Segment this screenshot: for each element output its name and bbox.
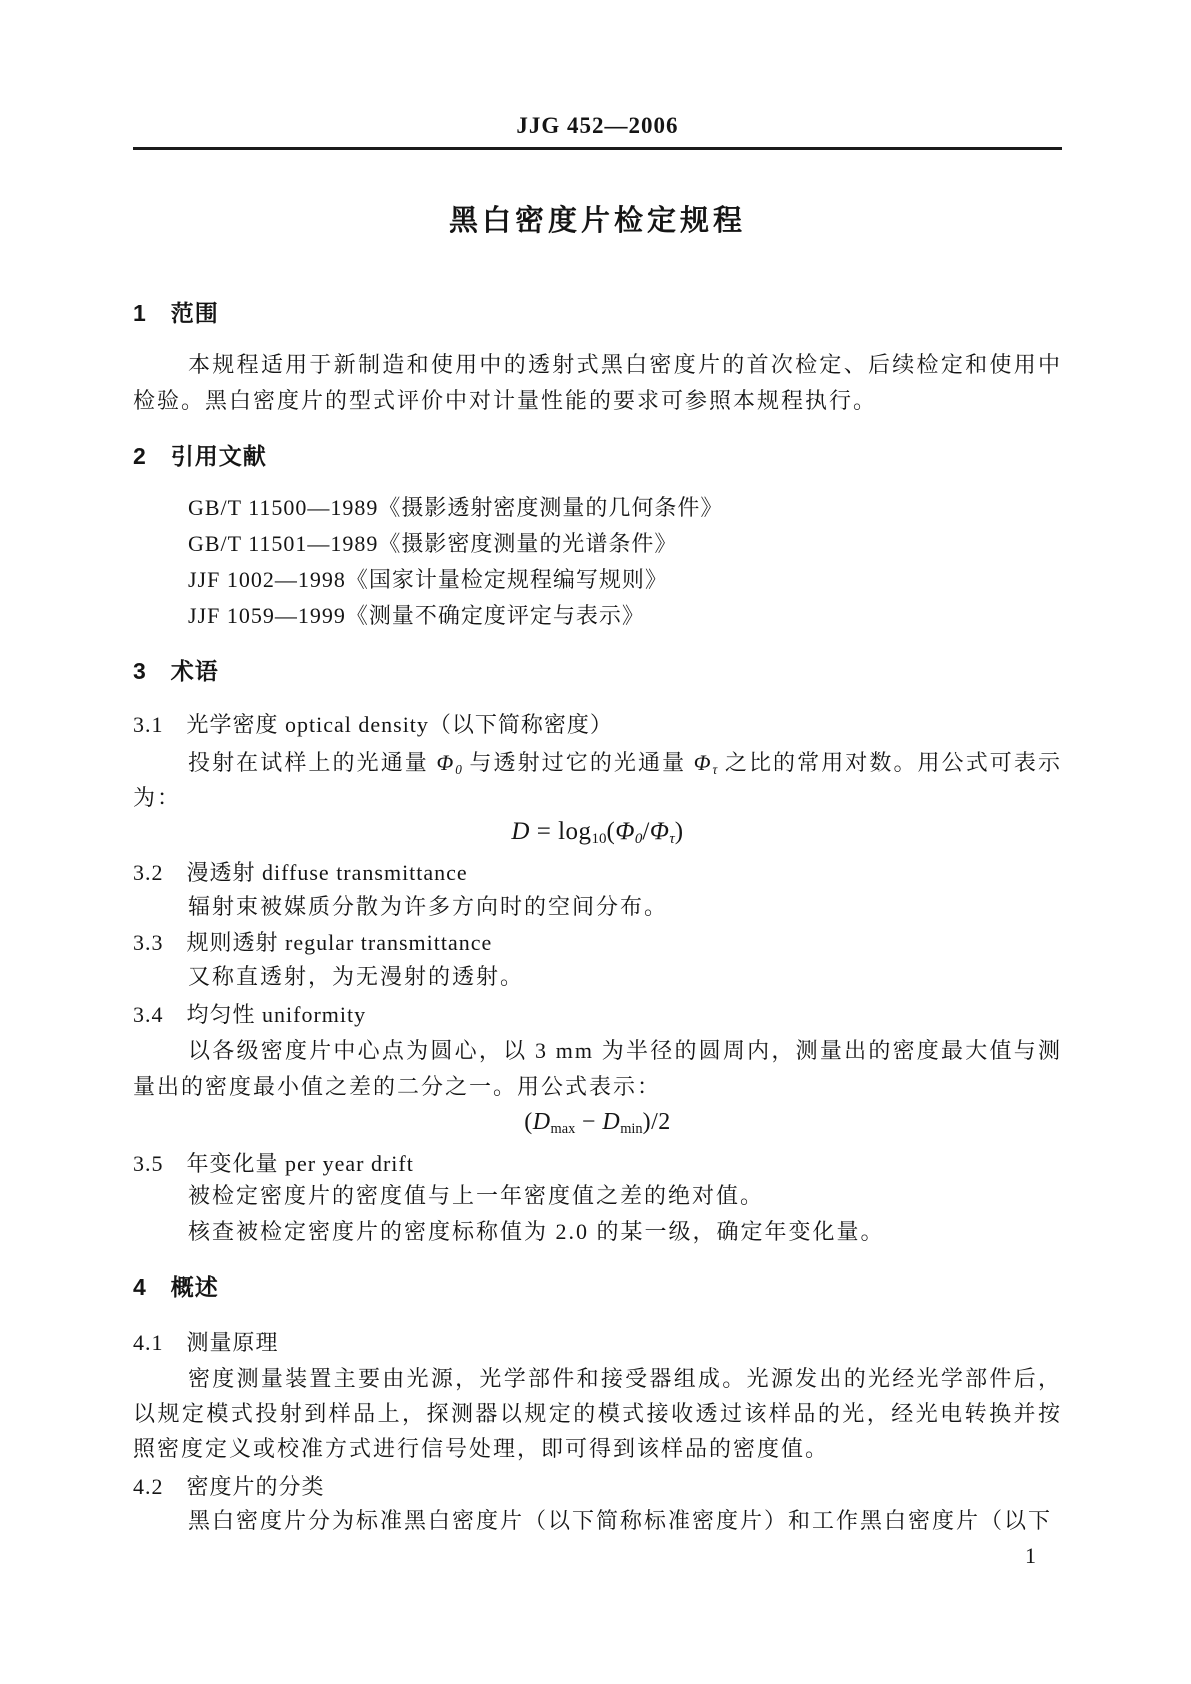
page-content: JJG 452—2006 黑白密度片检定规程 1 范围 本规程适用于新制造和使用… [133,0,1062,1684]
document-title: 黑白密度片检定规程 [133,201,1062,241]
section-1-paragraph: 本规程适用于新制造和使用中的透射式黑白密度片的首次检定、后续检定和使用中检验。黑… [133,347,1062,419]
phi-0-symbol: Φ0 [436,750,461,775]
section-1-heading: 1 范围 [133,297,1062,329]
phi-0-symbol: Φ0 [615,818,642,845]
reference-list: GB/T 11500—1989《摄影透射密度测量的几何条件》 GB/T 1150… [133,490,1062,634]
term-3-5-note: 核查被检定密度片的密度标称值为 2.0 的某一级，确定年变化量。 [133,1214,1062,1249]
reference-item: JJF 1002—1998《国家计量检定规程编写规则》 [133,562,1062,598]
term-3-2-heading: 3.2 漫透射 diffuse transmittance [133,857,1062,889]
page-number: 1 [133,1541,1062,1571]
section-4-heading: 4 概述 [133,1271,1062,1303]
uniformity-formula: (Dmax − Dmin)/2 [133,1104,1062,1140]
term-3-5-heading: 3.5 年变化量 per year drift [133,1148,1062,1180]
optical-density-formula: D = log10(Φ0/Φτ) [133,812,1062,852]
clause-4-2-heading: 4.2 密度片的分类 [133,1471,1062,1503]
term-3-1-definition: 投射在试样上的光通量 Φ0 与透射过它的光通量 Φτ 之比的常用对数。用公式可表… [133,745,1062,815]
term-3-3-definition: 又称直透射，为无漫射的透射。 [133,959,1062,994]
phi-tau-symbol: Φτ [694,750,717,775]
term-3-3-heading: 3.3 规则透射 regular transmittance [133,927,1062,959]
clause-4-2-paragraph: 黑白密度片分为标准黑白密度片（以下简称标准密度片）和工作黑白密度片（以下 [133,1503,1062,1538]
reference-item: GB/T 11501—1989《摄影密度测量的光谱条件》 [133,526,1062,562]
header-rule [133,147,1062,150]
reference-item: JJF 1059—1999《测量不确定度评定与表示》 [133,598,1062,634]
reference-item: GB/T 11500—1989《摄影透射密度测量的几何条件》 [133,490,1062,526]
clause-4-1-paragraph: 密度测量装置主要由光源，光学部件和接受器组成。光源发出的光经光学部件后，以规定模… [133,1361,1062,1466]
document-page: JJG 452—2006 黑白密度片检定规程 1 范围 本规程适用于新制造和使用… [0,0,1191,1684]
term-3-2-definition: 辐射束被媒质分散为许多方向时的空间分布。 [133,889,1062,924]
clause-4-1-heading: 4.1 测量原理 [133,1327,1062,1359]
phi-tau-symbol: Φτ [650,818,675,845]
section-3-heading: 3 术语 [133,655,1062,687]
definition-text: 与透射过它的光通量 [462,750,694,775]
term-3-5-definition: 被检定密度片的密度值与上一年密度值之差的绝对值。 [133,1178,1062,1213]
section-2-heading: 2 引用文献 [133,440,1062,472]
term-3-4-definition: 以各级密度片中心点为圆心，以 3 mm 为半径的圆周内，测量出的密度最大值与测量… [133,1033,1062,1105]
term-3-4-heading: 3.4 均匀性 uniformity [133,999,1062,1031]
standard-code: JJG 452—2006 [133,112,1062,140]
term-3-1-heading: 3.1 光学密度 optical density（以下简称密度） [133,709,1062,741]
definition-text: 投射在试样上的光通量 [188,750,436,775]
